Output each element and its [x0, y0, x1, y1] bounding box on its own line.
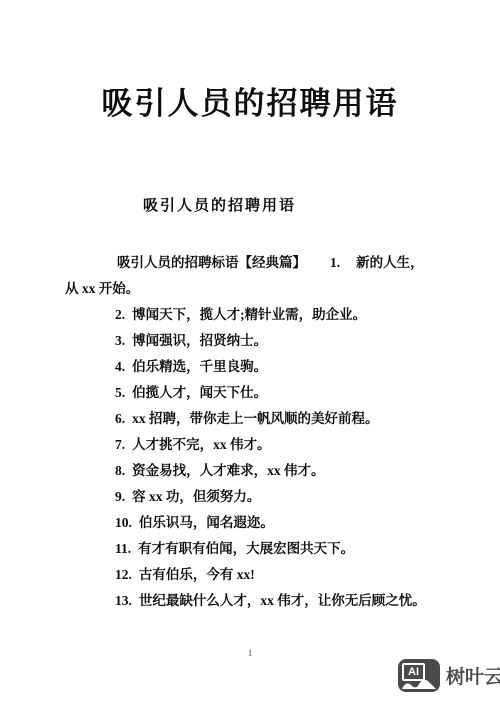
watermark: AI 树叶云: [398, 659, 500, 692]
page-title: 吸引人员的招聘用语: [0, 0, 500, 124]
list-item: 11.有才有职有伯闻，大展宏图共天下。: [115, 536, 460, 562]
list-item: 8.资金易找，人才难求，xx 伟才。: [115, 458, 460, 484]
ai-photo-logo-icon: AI: [398, 659, 440, 692]
item-text: 伯乐精选，千里良驹。: [132, 359, 267, 374]
intro-line-1: 吸引人员的招聘标语【经典篇】1.新的人生，: [65, 250, 440, 276]
item-text: 博闻天下，揽人才;精针业需，助企业。: [132, 307, 366, 322]
item-text: 伯乐识马，闻名遐迩。: [139, 515, 274, 530]
item-number: 2.: [115, 307, 125, 322]
item-number: 13.: [115, 593, 132, 608]
list-item: 10.伯乐识马，闻名遐迩。: [115, 510, 460, 536]
slogan-list: 2.博闻天下，揽人才;精针业需，助企业。 3.博闻强识，招贤纳士。 4.伯乐精选…: [115, 302, 460, 614]
item-text: 容 xx 功，但须努力。: [132, 489, 260, 504]
item-text: 伯揽人才，闻天下仕。: [132, 385, 267, 400]
list-item: 5.伯揽人才，闻天下仕。: [115, 380, 460, 406]
list-item: 4.伯乐精选，千里良驹。: [115, 354, 460, 380]
list-item: 6.xx 招聘，带你走上一帆风顺的美好前程。: [115, 406, 460, 432]
list-item: 3.博闻强识，招贤纳士。: [115, 328, 460, 354]
item-text: 有才有职有伯闻，大展宏图共天下。: [138, 541, 354, 556]
item-number: 10.: [115, 515, 132, 530]
watermark-brand-text: 树叶云: [446, 662, 500, 689]
document-subtitle: 吸引人员的招聘用语: [143, 196, 500, 216]
item-number: 3.: [115, 333, 125, 348]
item-text: 世纪最缺什么人才，xx 伟才，让你无后顾之忧。: [139, 593, 426, 608]
list-item: 2.博闻天下，揽人才;精针业需，助企业。: [115, 302, 460, 328]
item-number: 9.: [115, 489, 125, 504]
list-item: 13.世纪最缺什么人才，xx 伟才，让你无后顾之忧。: [115, 588, 460, 614]
item-number: 4.: [115, 359, 125, 374]
item-text: 资金易找，人才难求，xx 伟才。: [132, 463, 324, 478]
mountains-icon: [402, 676, 436, 689]
intro-line-2: 从 xx 开始。: [65, 276, 440, 302]
item-text: 古有伯乐，今有 xx!: [139, 567, 255, 582]
item-text: 博闻强识，招贤纳士。: [132, 333, 267, 348]
intro-label: 吸引人员的招聘标语【经典篇】: [117, 255, 306, 270]
item-number: 11.: [115, 541, 131, 556]
item-text: 新的人生，: [356, 255, 424, 270]
list-item: 12.古有伯乐，今有 xx!: [115, 562, 460, 588]
page-number: 1: [0, 648, 500, 658]
item-number: 7.: [115, 437, 125, 452]
item-number: 1.: [330, 255, 340, 270]
item-number: 8.: [115, 463, 125, 478]
item-number: 12.: [115, 567, 132, 582]
item-number: 5.: [115, 385, 125, 400]
item-text: xx 招聘，带你走上一帆风顺的美好前程。: [132, 411, 378, 426]
item-number: 6.: [115, 411, 125, 426]
list-item: 9.容 xx 功，但须努力。: [115, 484, 460, 510]
item-text: 人才挑不完，xx 伟才。: [132, 437, 270, 452]
intro-paragraph: 吸引人员的招聘标语【经典篇】1.新的人生， 从 xx 开始。: [65, 250, 440, 302]
list-item: 7.人才挑不完，xx 伟才。: [115, 432, 460, 458]
